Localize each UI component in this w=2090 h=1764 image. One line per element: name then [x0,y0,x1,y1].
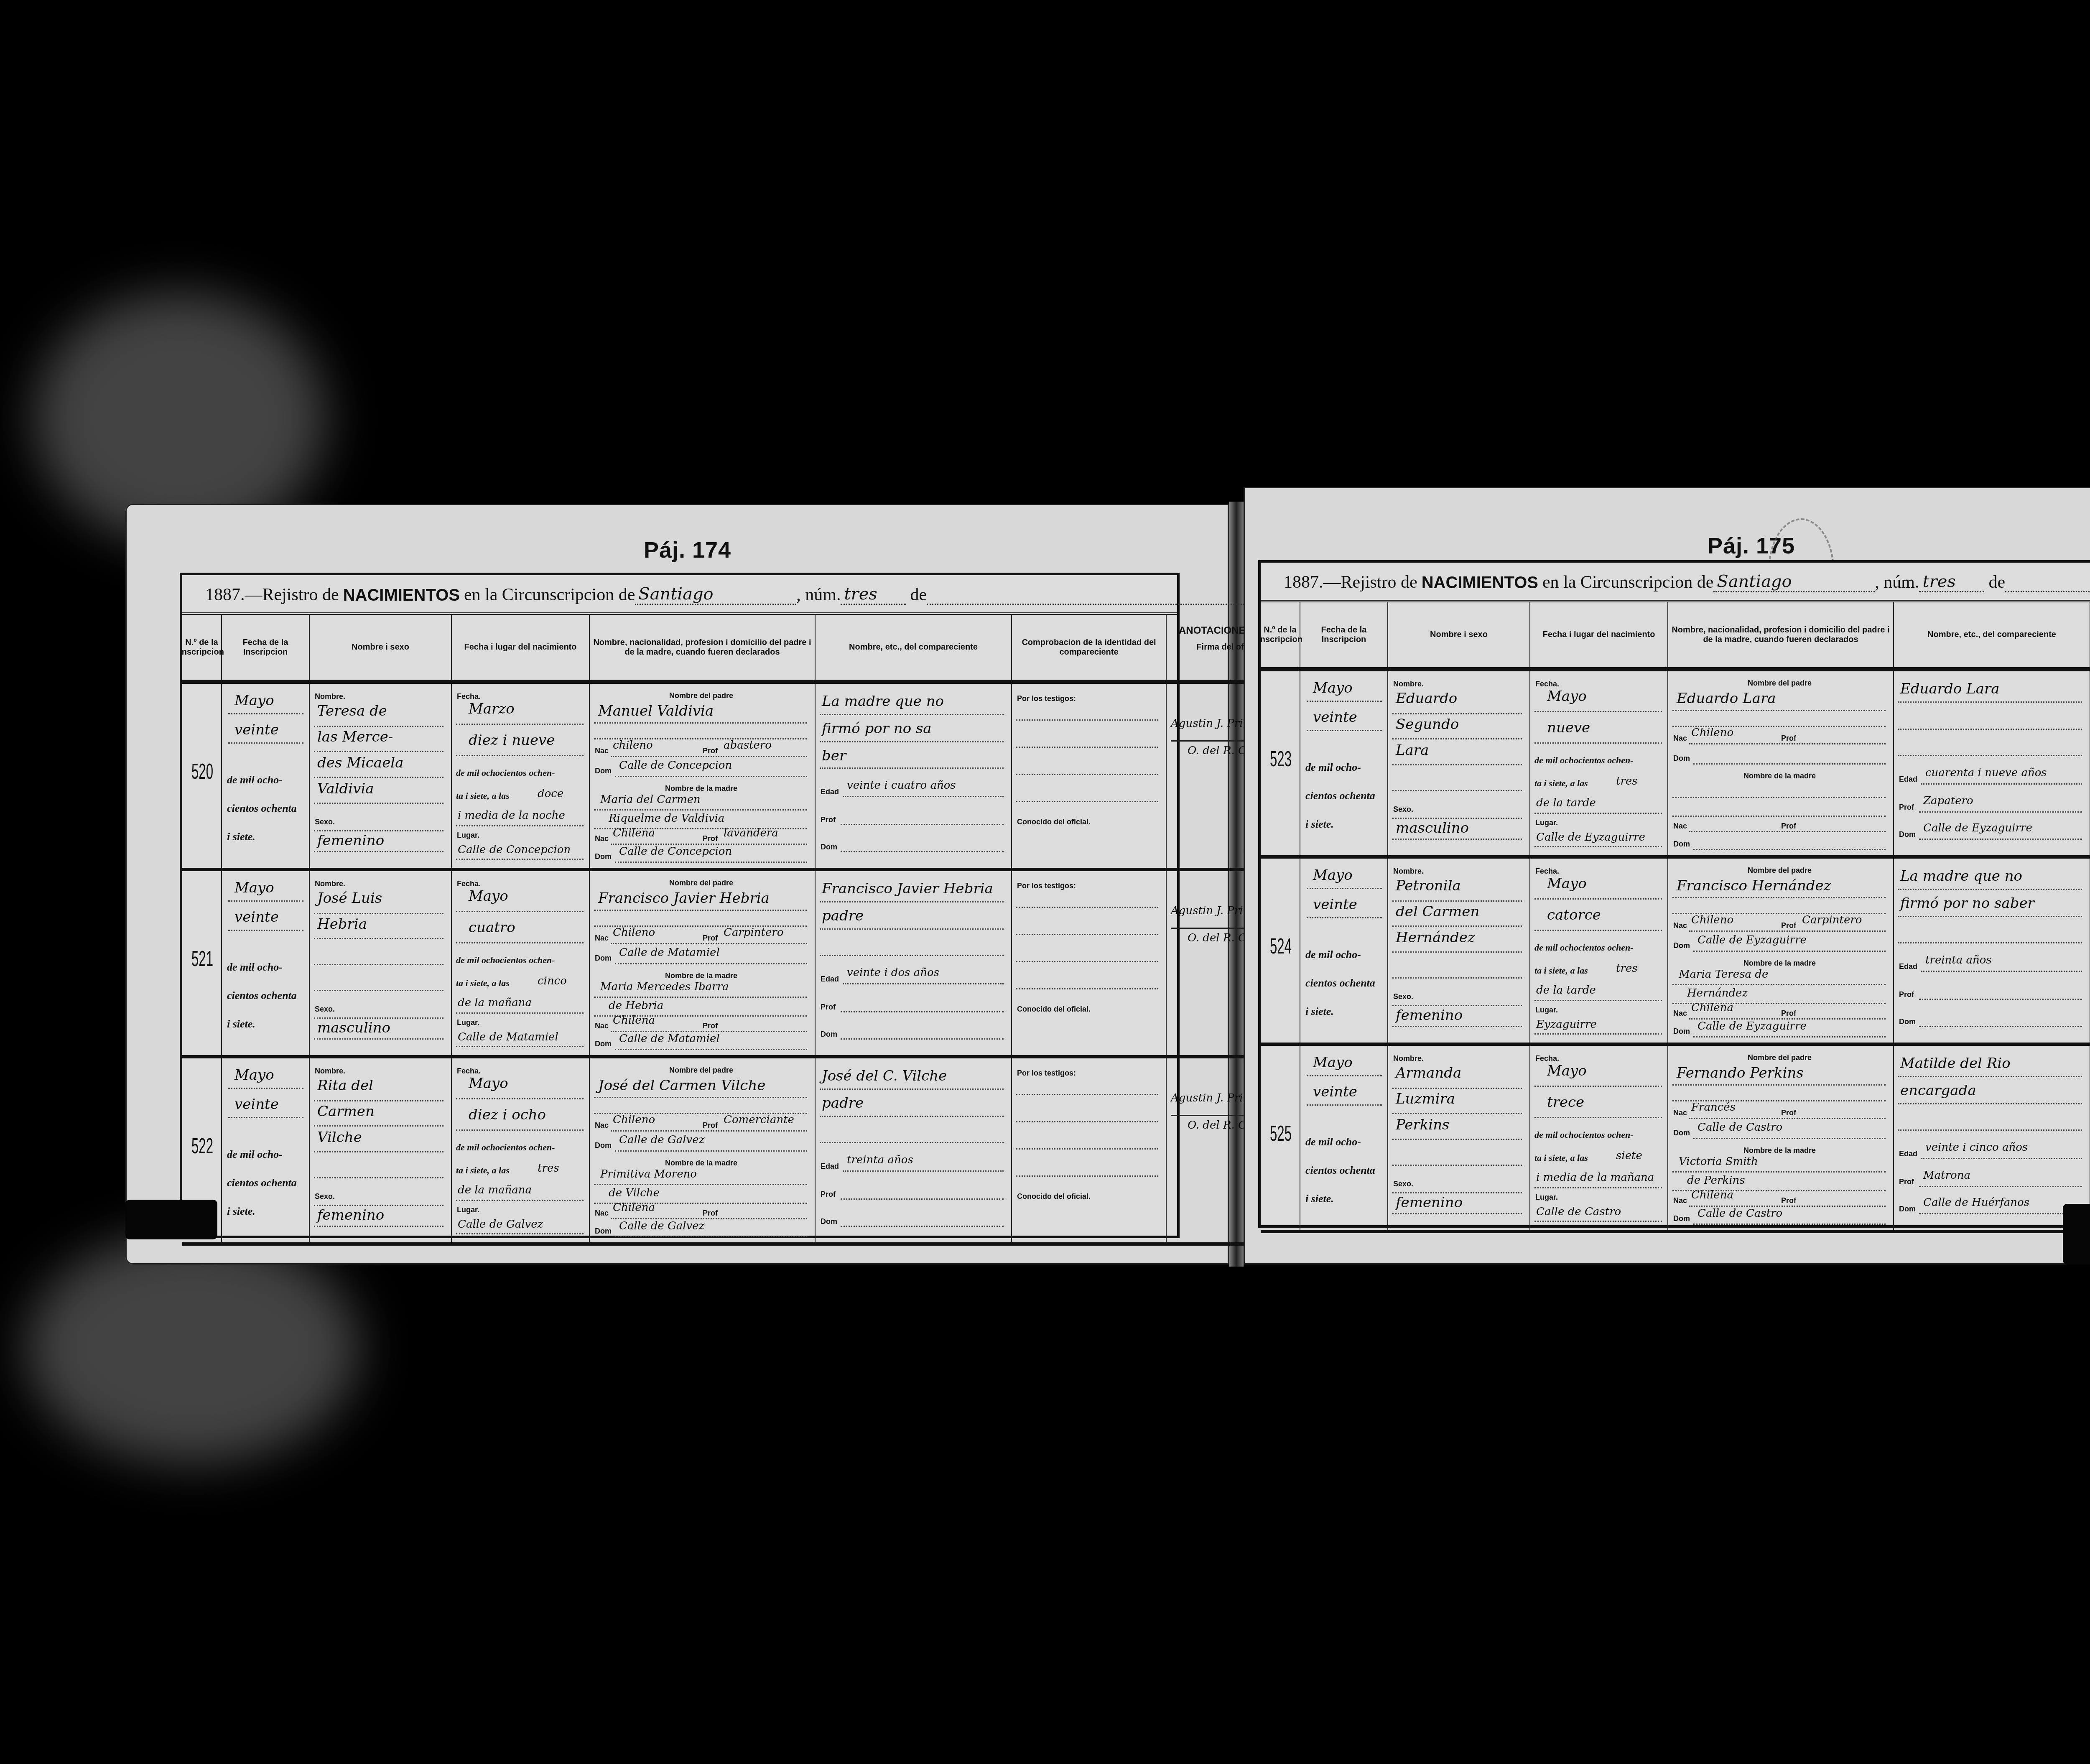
handwritten-text: de Vilche [609,1187,660,1199]
dotted-line [1693,1224,1886,1225]
printed-birth-text: ta i siete, a las [1534,1152,1588,1163]
dotted-line [228,742,303,744]
dotted-line [1693,951,1886,952]
handwritten-text: Riquelme de Valdivia [609,812,724,825]
field-label: Dom [1673,1214,1690,1223]
handwritten-text: femenino [1396,1194,1463,1211]
field-label: Dom [595,1141,612,1150]
dotted-line [456,755,584,756]
dotted-line [1307,730,1382,731]
printed-year-text: cientos ochenta [1305,1164,1375,1177]
handwritten-text: las Merce- [317,729,393,745]
handwritten-text: chileno [613,739,653,752]
dotted-line [228,1117,303,1118]
inscription-number: 524 [1270,934,1292,959]
field-label: Prof [1781,921,1796,930]
dotted-line [456,724,584,725]
field-label: Fecha. [1535,680,1559,688]
entry-cell-compareciente: La madre que nofirmó por no saberEdadvei… [816,684,1012,868]
register-title: 1887.—Rejistro deNACIMIENTOSen la Circun… [1261,563,2090,602]
handwritten-text: diez i ocho [469,1106,546,1123]
dotted-line [456,859,584,860]
column-header-no: N.º de la Inscripcion [182,615,222,680]
column-header-padres: Nombre, nacionalidad, profesion i domici… [1668,602,1894,667]
field-label: Nombre. [315,879,345,888]
handwritten-text: Teresa de [317,703,387,719]
handwritten-text: Calle de Castro [1536,1206,1621,1218]
inscription-number: 521 [191,946,213,971]
inscription-number: 523 [1270,747,1292,772]
dotted-line [820,767,1004,769]
field-label: Nac [1673,734,1687,743]
dotted-line [1672,797,1886,798]
dotted-line [1392,1026,1522,1027]
field-label: Prof [821,1190,836,1199]
register-entry: 523Mayoveintede mil ocho-cientos ochenta… [1261,671,2090,859]
dotted-line [820,714,1004,715]
handwritten-text: Calle de Castro [1697,1121,1782,1134]
dotted-line [820,955,1004,956]
dotted-line [1307,1104,1382,1106]
title-prefix: 1887.—Rejistro de [205,585,339,605]
dotted-line [1672,816,1886,817]
register-entry: 524Mayoveintede mil ocho-cientos ochenta… [1261,859,2090,1046]
field-label: Fecha. [457,879,481,888]
dotted-line [1016,1121,1158,1122]
printed-year-text: de mil ocho- [227,1148,283,1161]
handwritten-text: Eyzaguirre [1536,1018,1597,1031]
handwritten-text: Maria Teresa de [1679,968,1768,981]
dotted-line [611,943,807,944]
dotted-line [1534,930,1662,931]
field-label: Nac [1673,822,1687,831]
dotted-line [314,938,443,939]
handwritten-text: Lara [1396,742,1429,759]
handwritten-text: Fernando Perkins [1677,1065,1804,1081]
handwritten-text: veinte i dos años [847,966,939,979]
field-label: Lugar. [1535,1006,1558,1015]
title-mid: en la Circunscripcion de [1542,572,1713,592]
register-entry: 521Mayoveintede mil ocho-cientos ochenta… [182,871,1290,1058]
printed-birth-text: de mil ochocientos ochen- [456,955,555,966]
dotted-line [820,1142,1004,1143]
dotted-line [594,722,807,724]
dotted-line [456,1233,584,1234]
dotted-line [841,824,1004,825]
handwritten-text: Calle de Concepcion [458,844,571,856]
entry-cell-comprobacion: Por los testigos:Conocido del oficial. [1012,684,1167,868]
field-label: Nombre de la madre [665,971,737,980]
dotted-line [1919,1213,2082,1214]
field-label: Dom [595,954,612,963]
handwritten-text: Mayo [1547,688,1587,705]
field-label: Prof [1781,1196,1796,1205]
num-field: tres [1919,572,1984,592]
inscription-number: 522 [191,1134,213,1159]
dotted-line [456,1046,584,1047]
dotted-line [615,776,807,777]
dotted-line [1534,813,1662,814]
printed-year-text: cientos ochenta [227,1177,297,1189]
field-label: Lugar. [457,1206,479,1214]
handwritten-text: Chilena [613,827,655,839]
field-label: Dom [595,1040,612,1048]
field-label: Nombre. [1393,680,1424,688]
field-label: Prof [703,1209,718,1218]
handwritten-text: cuarenta i nueve años [1925,767,2047,779]
field-label: Nombre. [1393,1054,1424,1063]
dotted-line [314,1205,443,1206]
handwritten-text: veinte [1313,896,1357,913]
dotted-line [314,1100,443,1101]
dotted-line [841,1198,1004,1200]
entry-cell-fecha-lugar: Fecha.Marzodiez i nuevede mil ochociento… [452,684,590,868]
handwritten-text: femenino [317,1207,384,1224]
register-title: 1887.—Rejistro deNACIMIENTOSen la Circun… [182,575,1177,615]
entry-cell-no: 523 [1261,671,1300,855]
field-label: Sexo. [1393,992,1413,1001]
field-label: Edad [821,788,839,796]
entry-cell-no: 520 [182,684,222,868]
dotted-line [1534,1187,1662,1188]
field-label: Nac [1673,1009,1687,1018]
handwritten-text: padre [822,907,864,924]
handwritten-text: veinte i cinco años [1925,1141,2028,1154]
handwritten-text: lavandera [724,827,778,839]
handwritten-text: Hernández [1396,929,1475,946]
field-label: Edad [1899,1150,1917,1158]
field-label: Nombre de la madre [1743,1146,1816,1155]
handwritten-text: Calle de Concepcion [619,845,732,858]
printed-year-text: de mil ocho- [1305,761,1361,774]
dotted-line [1392,1088,1522,1089]
field-label: Nombre de la madre [665,784,737,793]
dotted-line [314,1226,443,1227]
entry-cell-fecha: Mayoveintede mil ocho-cientos ochentai s… [222,1058,310,1242]
dotted-line [1016,988,1158,989]
column-header-compareciente: Nombre, etc., del compareciente [1894,602,2090,667]
dotted-line [1392,951,1522,953]
dotted-line [314,851,443,852]
printed-year-text: de mil ocho- [227,961,283,974]
field-label: Nombre del padre [669,1066,733,1075]
dotted-line [1307,917,1382,918]
dotted-line [456,942,584,943]
handwritten-text: encargada [1900,1082,1976,1099]
handwritten-text: Chileno [613,1114,655,1126]
field-label: Nac [595,934,609,943]
entry-cell-padres: Nombre del padreManuel ValdiviaNacchilen… [590,684,816,868]
dotted-line [1534,898,1662,900]
dotted-line [615,1049,807,1050]
entry-cell-nombre-sexo: Nombre.Petroniladel CarmenHernándezSexo.… [1388,859,1530,1043]
dotted-line [1307,1075,1382,1076]
handwritten-text: La madre que no [1900,868,2022,885]
field-label: Prof [703,747,718,755]
dotted-line [456,825,584,826]
field-label: Prof [1781,734,1796,743]
field-label: Prof [703,1022,718,1030]
handwritten-text: Chileno [1691,727,1733,739]
field-label: Edad [1899,775,1917,784]
dotted-line [228,900,303,902]
field-label: Dom [595,852,612,861]
handwritten-text: Calle de Huérfanos [1923,1196,2029,1209]
dotted-line [1689,930,1886,932]
handwritten-text: Calle de Eyzaguirre [1697,1020,1807,1032]
field-label: Dom [1673,941,1690,950]
handwritten-text: La madre que no [822,693,944,710]
field-label: Sexo. [1393,1180,1413,1188]
field-label: Dom [1673,840,1690,849]
dotted-line [1392,977,1522,979]
dotted-line [1016,907,1158,908]
handwritten-text: Victoria Smith [1679,1155,1758,1168]
known-by-official-label: Conocido del oficial. [1017,818,1091,826]
handwritten-text: treinta años [1925,954,1992,966]
dotted-line [594,1184,807,1185]
field-label: Fecha. [1535,867,1559,876]
handwritten-text: i media de la noche [458,809,565,822]
handwritten-text: firmó por no saber [1900,895,2034,912]
field-label: Nombre. [1393,867,1424,876]
dotted-line [456,1012,584,1014]
dotted-line [1307,701,1382,702]
circunscripcion-field: Santiago [635,584,796,605]
printed-year-text: cientos ochenta [1305,977,1375,989]
register-entry: 520Mayoveintede mil ocho-cientos ochenta… [182,684,1290,871]
entry-cell-fecha-lugar: Fecha.Mayonuevede mil ochocientos ochen-… [1530,671,1668,855]
field-label: Lugar. [1535,818,1558,827]
witness-label: Por los testigos: [1017,694,1076,703]
dotted-line [314,1038,443,1040]
dotted-line [1392,713,1522,714]
page-tab-marker [125,1200,217,1239]
handwritten-text: Calle de Galvez [619,1134,704,1146]
column-headers: N.º de la InscripcionFecha de la Inscrip… [182,615,1290,684]
handwritten-text: Zapatero [1923,795,1973,807]
field-label: Dom [1899,830,1916,839]
dotted-line [1921,1158,2082,1159]
field-label: Prof [1899,803,1914,812]
dotted-line [841,1011,1004,1012]
entry-cell-nombre-sexo: Nombre.Rita delCarmenVilcheSexo.femenino [310,1058,452,1242]
printed-birth-text: ta i siete, a las [456,1165,510,1176]
dotted-line [1016,774,1158,775]
handwritten-text: José del C. Vilche [822,1068,947,1084]
field-label: Prof [703,1121,718,1130]
dotted-line [1534,1221,1662,1222]
handwritten-text: Calle de Galvez [619,1220,704,1232]
handwritten-text: del Carmen [1396,903,1479,920]
dotted-line [1392,1139,1522,1140]
dotted-line [1392,900,1522,902]
handwritten-text: Carpintero [724,926,783,939]
handwritten-text: Calle de Matamiel [458,1031,558,1043]
entry-cell-fecha: Mayoveintede mil ocho-cientos ochentai s… [222,871,310,1055]
dotted-line [1016,1148,1158,1150]
scan-glare [25,1233,359,1463]
dotted-line [1898,729,2082,730]
dotted-line [1016,1094,1158,1095]
handwritten-text: nueve [1547,719,1590,736]
handwritten-text: de Hebria [609,999,663,1012]
handwritten-text: O. del R. C. [1188,932,1249,944]
entry-cell-compareciente: La madre que nofirmó por no saberEdadtre… [1894,859,2090,1043]
field-label: Dom [1673,1129,1690,1137]
dotted-line [1921,971,2082,972]
handwritten-text: veinte [234,909,279,925]
entry-cell-no: 524 [1261,859,1300,1043]
field-label: Dom [821,1217,837,1226]
column-headers: N.º de la InscripcionFecha de la Inscrip… [1261,602,2090,671]
field-label: Prof [703,834,718,843]
dotted-line [1689,1118,1886,1119]
field-label: Edad [1899,962,1917,971]
handwritten-text: Carpintero [1802,914,1862,926]
printed-year-text: cientos ochenta [1305,790,1375,802]
dotted-line [1534,742,1662,744]
entry-cell-nombre-sexo: Nombre.ArmandaLuzmiraPerkinsSexo.femenin… [1388,1046,1530,1230]
dotted-line [1672,897,1886,898]
handwritten-text: Calle de Matamiel [619,1032,720,1045]
field-label: Sexo. [315,1192,335,1201]
handwritten-text: Luzmira [1396,1091,1455,1107]
handwritten-text: de la tarde [1536,797,1596,809]
field-label: Nac [595,834,609,843]
entry-cell-nombre-sexo: Nombre.José LuisHebriaSexo.masculino [310,871,452,1055]
handwritten-text: Francisco Javier Hebria [822,880,993,897]
printed-year-text: i siete. [1305,1193,1334,1205]
de-field [2005,591,2090,592]
dotted-line [1534,1117,1662,1118]
field-label: Lugar. [1535,1193,1558,1202]
field-label: Sexo. [1393,805,1413,814]
handwritten-text: Hernández [1687,987,1748,999]
dotted-line [594,910,807,911]
dotted-line [615,1150,807,1152]
dotted-line [1921,783,2082,785]
inscription-number: 525 [1270,1121,1292,1146]
dotted-line [1689,831,1886,832]
field-label: Nombre del padre [1748,1053,1812,1062]
column-header-padres: Nombre, nacionalidad, profesion i domici… [590,615,816,680]
handwritten-text: veinte [234,721,279,738]
dotted-line [314,1017,443,1019]
dotted-line [820,741,1004,742]
register-entry: 522Mayoveintede mil ocho-cientos ochenta… [182,1058,1290,1246]
handwritten-text: Calle de Galvez [458,1218,543,1231]
dotted-line [1016,747,1158,748]
dotted-line [1534,846,1662,847]
printed-birth-text: de mil ochocientos ochen- [1534,755,1633,766]
dotted-line [1693,1036,1886,1037]
handwritten-text: tres [1616,962,1638,975]
column-header-fecha-lugar: Fecha i lugar del nacimiento [1530,602,1668,667]
dotted-line [1898,942,2082,943]
field-label: Dom [821,843,837,851]
de-label: de [1988,572,2005,592]
handwritten-text: Chilena [1691,1002,1733,1014]
register-table: 1887.—Rejistro deNACIMIENTOSen la Circun… [1258,560,2090,1228]
field-label: Sexo. [315,818,335,826]
column-header-comprobacion: Comprobacion de la identidad del compare… [1012,615,1167,680]
dotted-line [1016,961,1158,962]
handwritten-text: diez i nueve [469,732,555,749]
printed-year-text: i siete. [227,831,255,843]
field-label: Fecha. [457,692,481,701]
handwritten-text: masculino [317,1020,390,1036]
dotted-line [1898,1129,2082,1131]
handwritten-text: doce [538,788,563,800]
entry-cell-padres: Nombre del padreJosé del Carmen VilcheNa… [590,1058,816,1242]
handwritten-text: cinco [538,975,567,987]
printed-year-text: cientos ochenta [227,989,297,1002]
field-label: Dom [1899,1017,1916,1026]
field-label: Prof [1899,1178,1914,1186]
field-label: Prof [821,1003,836,1012]
handwritten-text: firmó por no sa [822,720,932,737]
handwritten-text: abastero [724,739,772,752]
handwritten-text: Calle de Concepcion [619,759,732,772]
dotted-line [1392,818,1522,819]
entry-cell-comprobacion: Por los testigos:Conocido del oficial. [1012,1058,1167,1242]
handwritten-text: femenino [317,832,384,849]
de-label: de [910,585,927,605]
entry-cell-compareciente: Eduardo LaraEdadcuarenta i nueve añosPro… [1894,671,2090,855]
dotted-line [1392,1165,1522,1166]
dotted-line [843,983,1004,984]
dotted-line [1672,1171,1886,1173]
field-label: Sexo. [315,1005,335,1014]
field-label: Dom [595,767,612,775]
entry-cell-fecha-lugar: Fecha.Mayocuatrode mil ochocientos ochen… [452,871,590,1055]
field-label: Prof [821,816,836,824]
handwritten-text: catorce [1547,907,1601,923]
dotted-line [456,1129,584,1131]
dotted-line [314,830,443,831]
dotted-line [314,726,443,727]
dotted-line [820,928,1004,930]
field-label: Nac [595,1121,609,1130]
handwritten-text: Matilde del Rio [1900,1055,2011,1072]
num-field: tres [841,584,906,605]
printed-year-text: i siete. [227,1205,255,1218]
handwritten-text: Chilena [1691,1189,1733,1201]
dotted-line [1392,839,1522,840]
field-label: Prof [1781,822,1796,831]
dotted-line [594,1097,807,1098]
dotted-line [820,1088,1004,1090]
printed-year-text: i siete. [227,1018,255,1030]
printed-birth-text: ta i siete, a las [456,790,510,801]
handwritten-text: Eduardo Lara [1677,690,1776,707]
dotted-line [1689,1018,1886,1020]
dotted-line [1919,1026,2082,1027]
printed-birth-text: de mil ochocientos ochen- [1534,942,1633,953]
field-label: Dom [821,1030,837,1039]
entry-cell-padres: Nombre del padreEduardo LaraNacChilenoPr… [1668,671,1894,855]
column-header-fecha: Fecha de la Inscripcion [222,615,310,680]
dotted-line [1919,1186,2082,1187]
field-label: Edad [821,1162,839,1171]
title-bold: NACIMIENTOS [1422,574,1538,592]
dotted-line [1672,710,1886,711]
field-label: Nac [595,1022,609,1030]
entry-cell-compareciente: José del C. VilchepadreEdadtreinta añosP… [816,1058,1012,1242]
circunscripcion-field: Santiago [1713,572,1875,592]
column-header-compareciente: Nombre, etc., del compareciente [816,615,1012,680]
